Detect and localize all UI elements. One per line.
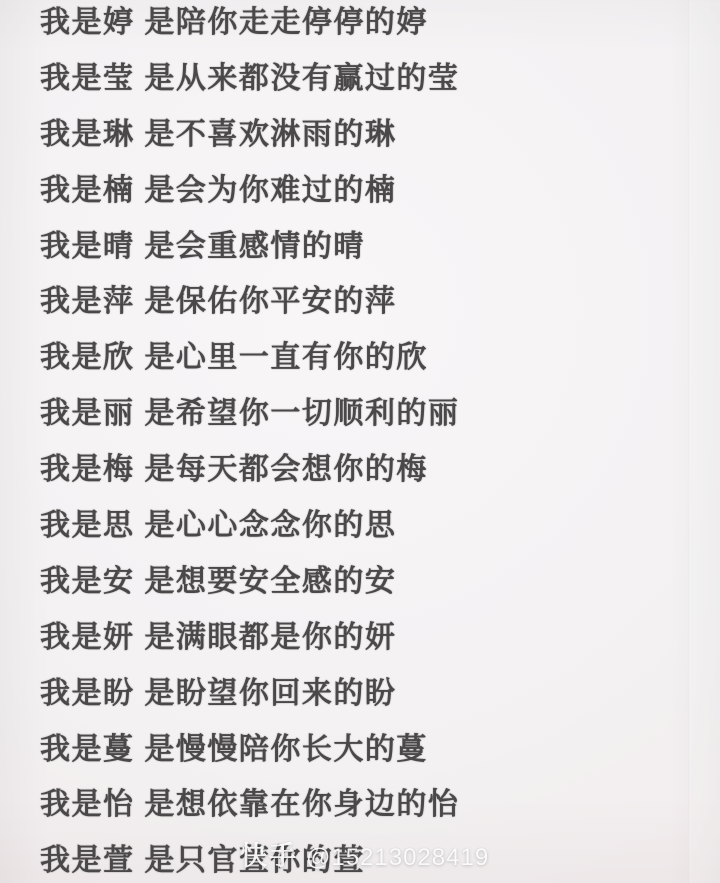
text-line: 我是安 是想要安全感的安 — [40, 554, 720, 610]
text-line: 我是楠 是会为你难过的楠 — [40, 163, 720, 219]
page-background: 我是婷 是陪你走走停停的婷我是莹 是从来都没有赢过的莹我是琳 是不喜欢淋雨的琳我… — [0, 0, 720, 883]
text-line: 我是晴 是会重感情的晴 — [40, 219, 720, 275]
text-line: 我是怡 是想依靠在你身边的怡 — [40, 777, 720, 833]
text-line: 我是莹 是从来都没有赢过的莹 — [40, 51, 720, 107]
text-line: 我是萱 是只官萱你的萱 — [40, 833, 720, 883]
text-list: 我是婷 是陪你走走停停的婷我是莹 是从来都没有赢过的莹我是琳 是不喜欢淋雨的琳我… — [40, 0, 720, 883]
text-line: 我是梅 是每天都会想你的梅 — [40, 442, 720, 498]
text-line: 我是琳 是不喜欢淋雨的琳 — [40, 107, 720, 163]
text-line: 我是妍 是满眼都是你的妍 — [40, 610, 720, 666]
text-line: 我是丽 是希望你一切顺利的丽 — [40, 386, 720, 442]
text-line: 我是萍 是保佑你平安的萍 — [40, 274, 720, 330]
text-line: 我是婷 是陪你走走停停的婷 — [40, 0, 720, 51]
text-line: 我是欣 是心里一直有你的欣 — [40, 330, 720, 386]
text-line: 我是蔓 是慢慢陪你长大的蔓 — [40, 722, 720, 778]
text-line: 我是盼 是盼望你回来的盼 — [40, 666, 720, 722]
text-line: 我是思 是心心念念你的思 — [40, 498, 720, 554]
